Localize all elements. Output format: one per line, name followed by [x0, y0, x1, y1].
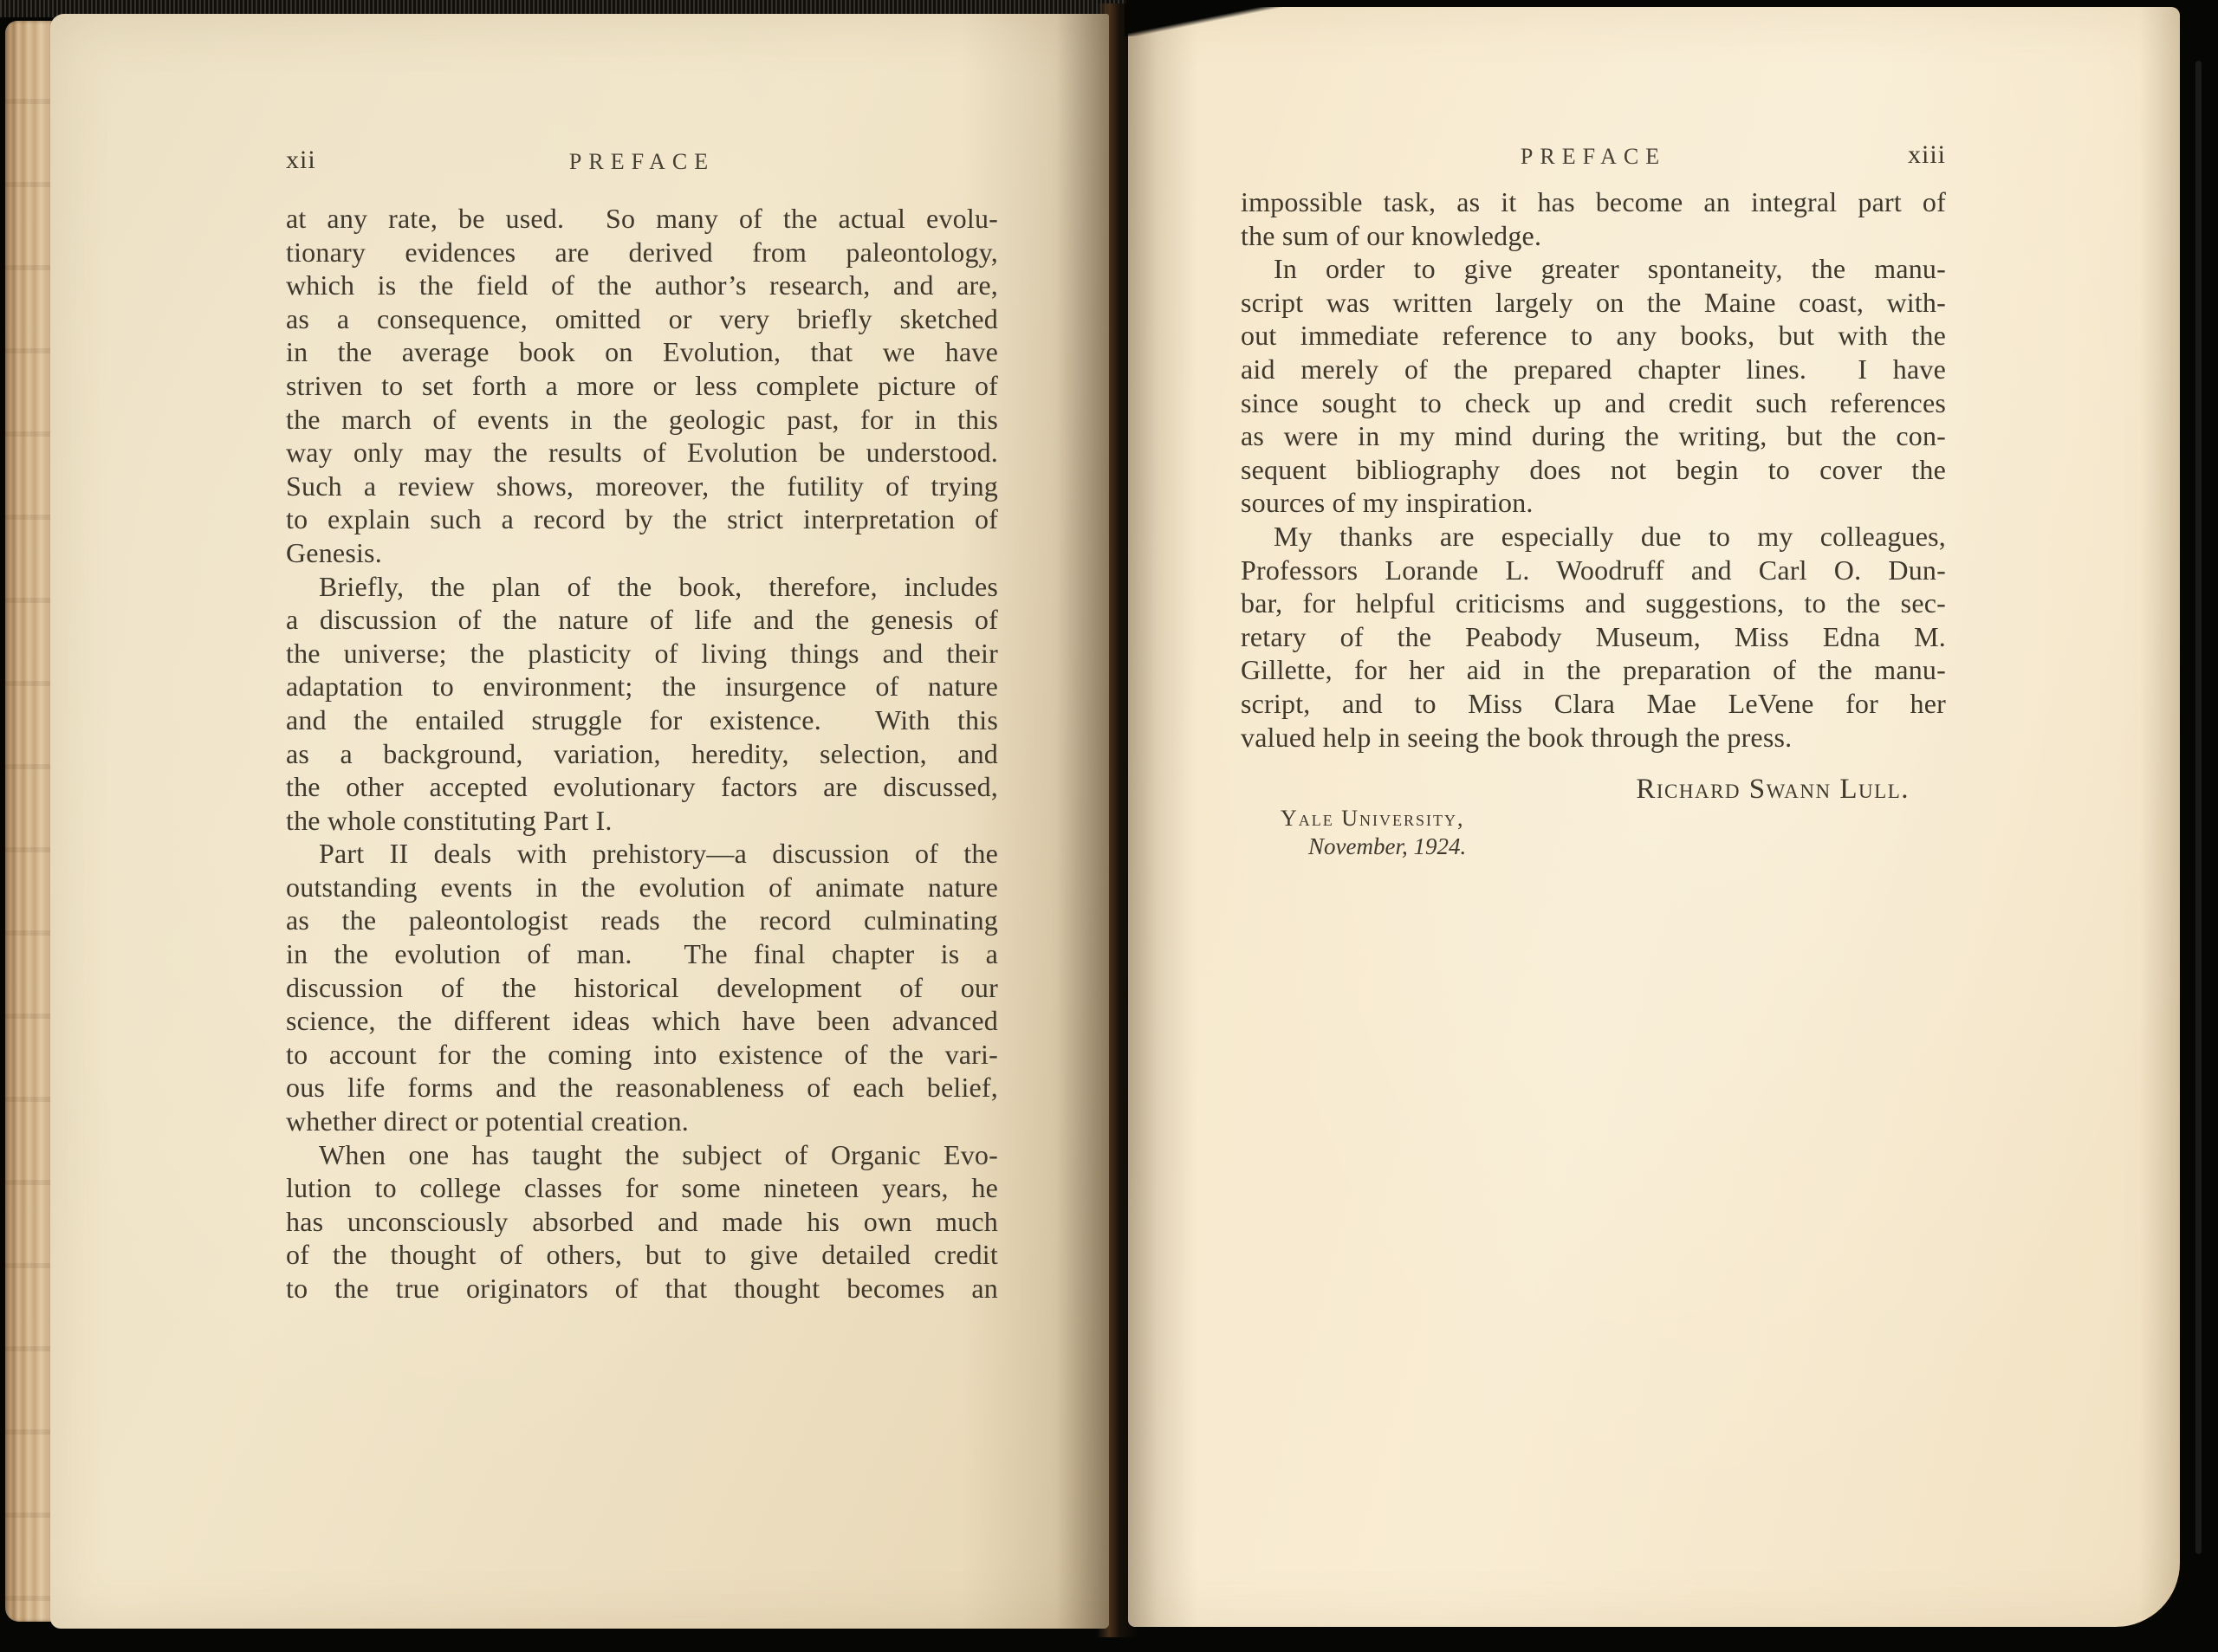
text-line: When one has taught the subject of Organ… [286, 1138, 998, 1172]
text-line: Genesis. [286, 536, 998, 570]
text-line: in the average book on Evolution, that w… [286, 335, 998, 369]
page-body-text-left: at any rate, be used. So many of the act… [286, 202, 998, 1305]
text-line: the universe; the plasticity of living t… [286, 637, 998, 671]
text-line: In order to give greater spontaneity, th… [1241, 252, 1946, 286]
date-line: November, 1924. [1308, 833, 1466, 860]
page-body-text-right: impossible task, as it has become an int… [1241, 185, 1946, 754]
author-signature: Richard Swann Lull. [1241, 774, 1946, 806]
text-line: valued help in seeing the book through t… [1241, 721, 1946, 755]
text-line: a discussion of the nature of life and t… [286, 603, 998, 637]
text-line: and the entailed struggle for existence.… [286, 703, 998, 737]
text-line: Professors Lorande L. Woodruff and Carl … [1241, 554, 1946, 587]
text-line: adaptation to environment; the insurgenc… [286, 670, 998, 703]
text-line: retary of the Peabody Museum, Miss Edna … [1241, 620, 1946, 654]
running-header-left: PREFACE [286, 149, 998, 175]
text-line: to explain such a record by the strict i… [286, 502, 998, 536]
text-line: to the true originators of that thought … [286, 1272, 998, 1305]
text-line: the whole constituting Part I. [286, 804, 998, 838]
text-line: My thanks are especially due to my colle… [1241, 520, 1946, 554]
text-line: way only may the results of Evolution be… [286, 436, 998, 470]
text-line: the other accepted evolutionary factors … [286, 770, 998, 804]
page-edge-stack [5, 21, 54, 1622]
text-line: to account for the coming into existence… [286, 1038, 998, 1072]
text-line: sequent bibliography does not begin to c… [1241, 453, 1946, 487]
book-spread-photo: xii PREFACE at any rate, be used. So man… [0, 0, 2218, 1652]
text-line: discussion of the historical development… [286, 971, 998, 1005]
text-line: Such a review shows, moreover, the futil… [286, 470, 998, 503]
text-line: has unconsciously absorbed and made his … [286, 1205, 998, 1239]
text-line: striven to set forth a more or less comp… [286, 369, 998, 403]
text-line: at any rate, be used. So many of the act… [286, 202, 998, 236]
right-page-top-shadow [1125, 3, 1289, 36]
text-line: of the thought of others, but to give de… [286, 1238, 998, 1272]
text-line: whether direct or potential creation. [286, 1105, 998, 1138]
text-line: tionary evidences are derived from paleo… [286, 236, 998, 269]
text-line: science, the different ideas which have … [286, 1004, 998, 1038]
text-line: as a background, variation, heredity, se… [286, 737, 998, 771]
page-number-right: xiii [1241, 140, 1946, 170]
text-line: as a consequence, omitted or very briefl… [286, 302, 998, 336]
text-line: the march of events in the geologic past… [286, 403, 998, 437]
text-line: script, and to Miss Clara Mae LeVene for… [1241, 687, 1946, 721]
text-line: as were in my mind during the writing, b… [1241, 419, 1946, 453]
text-line: Gillette, for her aid in the preparation… [1241, 653, 1946, 687]
text-line: impossible task, as it has become an int… [1241, 185, 1946, 219]
book-cover-right-edge [2195, 61, 2202, 1554]
text-line: Part II deals with prehistory—a discussi… [286, 837, 998, 871]
text-line: Briefly, the plan of the book, therefore… [286, 570, 998, 604]
text-line: outstanding events in the evolution of a… [286, 871, 998, 904]
institution-line: Yale University, [1281, 806, 1465, 832]
text-line: script was written largely on the Maine … [1241, 286, 1946, 320]
text-line: since sought to check up and credit such… [1241, 386, 1946, 420]
text-line: lution to college classes for some ninet… [286, 1171, 998, 1205]
text-line: the sum of our knowledge. [1241, 219, 1946, 253]
text-line: ous life forms and the reasonableness of… [286, 1071, 998, 1105]
text-line: aid merely of the prepared chapter lines… [1241, 353, 1946, 386]
text-line: bar, for helpful criticisms and suggesti… [1241, 586, 1946, 620]
text-line: out immediate reference to any books, bu… [1241, 319, 1946, 353]
text-line: which is the field of the author’s resea… [286, 269, 998, 302]
text-line: in the evolution of man. The final chapt… [286, 937, 998, 971]
text-line: as the paleontologist reads the record c… [286, 904, 998, 937]
text-line: sources of my inspiration. [1241, 486, 1946, 520]
